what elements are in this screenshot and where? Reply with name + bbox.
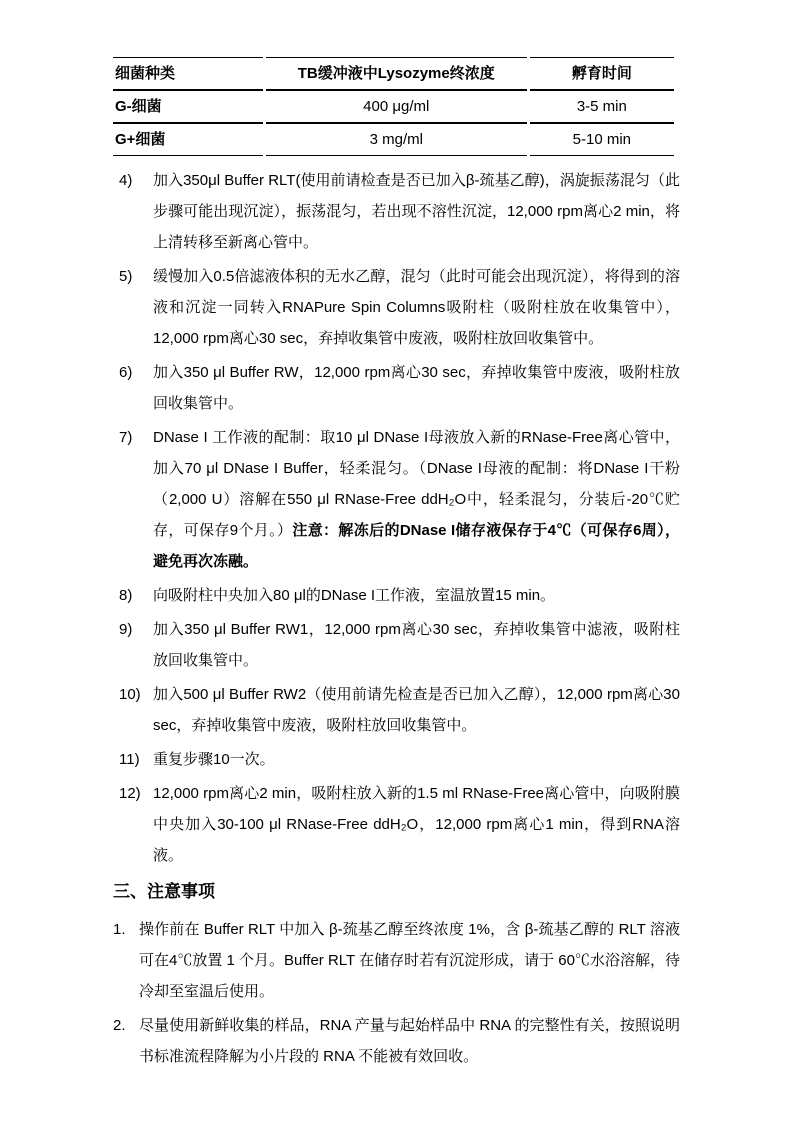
step-number: 8): [119, 580, 153, 611]
table-row: G-细菌 400 μg/ml 3-5 min: [113, 90, 674, 123]
notes-list: 1. 操作前在 Buffer RLT 中加入 β-巯基乙醇至终浓度 1%，含 β…: [113, 914, 680, 1072]
step-text-run: 12,000 rpm离心2 min，吸附柱放入新的1.5 ml RNase-Fr…: [153, 785, 680, 864]
step-text-run: 加入500 μl Buffer RW2（使用前请先检查是否已加入乙醇），12,0…: [153, 686, 680, 734]
table-header-cell-incubation-time: 孵育时间: [530, 57, 674, 90]
note-text-run: 尽量使用新鲜收集的样品，RNA 产量与起始样品中 RNA 的完整性有关，按照说明…: [139, 1017, 680, 1065]
step-text: DNase I 工作液的配制：取10 μl DNase I母液放入新的RNase…: [153, 422, 680, 577]
section-heading-precautions: 三、注意事项: [113, 879, 680, 905]
step-text-run: 加入350μl Buffer RLT(使用前请检查是否已加入β-巯基乙醇)，涡旋…: [153, 172, 680, 251]
step-number: 11): [119, 744, 153, 775]
step-number: 10): [119, 679, 153, 741]
step-text: 加入350μl Buffer RLT(使用前请检查是否已加入β-巯基乙醇)，涡旋…: [153, 165, 680, 258]
note-item-1: 1. 操作前在 Buffer RLT 中加入 β-巯基乙醇至终浓度 1%，含 β…: [113, 914, 680, 1007]
step-text: 加入500 μl Buffer RW2（使用前请先检查是否已加入乙醇），12,0…: [153, 679, 680, 741]
step-number: 12): [119, 778, 153, 871]
lysozyme-table: 细菌种类 TB缓冲液中Lysozyme终浓度 孵育时间 G-细菌 400 μg/…: [110, 57, 677, 156]
protocol-steps-list: 4) 加入350μl Buffer RLT(使用前请检查是否已加入β-巯基乙醇)…: [119, 165, 680, 871]
note-item-2: 2. 尽量使用新鲜收集的样品，RNA 产量与起始样品中 RNA 的完整性有关，按…: [113, 1010, 680, 1072]
step-text-run: 重复步骤10一次。: [153, 751, 275, 768]
step-item-8: 8) 向吸附柱中央加入80 μl的DNase I工作液，室温放置15 min。: [119, 580, 680, 611]
step-text: 重复步骤10一次。: [153, 744, 680, 775]
step-text: 向吸附柱中央加入80 μl的DNase I工作液，室温放置15 min。: [153, 580, 680, 611]
note-text: 操作前在 Buffer RLT 中加入 β-巯基乙醇至终浓度 1%，含 β-巯基…: [139, 914, 680, 1007]
step-number: 9): [119, 614, 153, 676]
table-cell: G-细菌: [113, 90, 263, 123]
note-number: 1.: [113, 914, 139, 1007]
document-page: 细菌种类 TB缓冲液中Lysozyme终浓度 孵育时间 G-细菌 400 μg/…: [0, 0, 794, 1123]
table-row: G+细菌 3 mg/ml 5-10 min: [113, 123, 674, 156]
step-text-run: 向吸附柱中央加入80 μl的DNase I工作液，室温放置15 min。: [153, 587, 555, 604]
table-cell: 3-5 min: [530, 90, 674, 123]
step-item-10: 10) 加入500 μl Buffer RW2（使用前请先检查是否已加入乙醇），…: [119, 679, 680, 741]
step-item-4: 4) 加入350μl Buffer RLT(使用前请检查是否已加入β-巯基乙醇)…: [119, 165, 680, 258]
step-text-run: 加入350 μl Buffer RW，12,000 rpm离心30 sec，弃掉…: [153, 364, 680, 412]
note-number: 2.: [113, 1010, 139, 1072]
step-item-11: 11) 重复步骤10一次。: [119, 744, 680, 775]
step-number: 6): [119, 357, 153, 419]
table-header-cell-lysozyme-concentration: TB缓冲液中Lysozyme终浓度: [266, 57, 527, 90]
step-number: 4): [119, 165, 153, 258]
step-text: 加入350 μl Buffer RW，12,000 rpm离心30 sec，弃掉…: [153, 357, 680, 419]
table-cell: 5-10 min: [530, 123, 674, 156]
table-header-row: 细菌种类 TB缓冲液中Lysozyme终浓度 孵育时间: [113, 57, 674, 90]
note-text-run: 操作前在 Buffer RLT 中加入 β-巯基乙醇至终浓度 1%，含 β-巯基…: [139, 921, 680, 1000]
step-item-9: 9) 加入350 μl Buffer RW1，12,000 rpm离心30 se…: [119, 614, 680, 676]
step-item-12: 12) 12,000 rpm离心2 min，吸附柱放入新的1.5 ml RNas…: [119, 778, 680, 871]
step-text: 12,000 rpm离心2 min，吸附柱放入新的1.5 ml RNase-Fr…: [153, 778, 680, 871]
step-text-run: 缓慢加入0.5倍滤液体积的无水乙醇，混匀（此时可能会出现沉淀），将得到的溶液和沉…: [153, 268, 680, 347]
step-number: 5): [119, 261, 153, 354]
step-item-7: 7) DNase I 工作液的配制：取10 μl DNase I母液放入新的RN…: [119, 422, 680, 577]
step-text-run: 加入350 μl Buffer RW1，12,000 rpm离心30 sec，弃…: [153, 621, 680, 669]
table-cell: 400 μg/ml: [266, 90, 527, 123]
table-header-cell-bacteria-type: 细菌种类: [113, 57, 263, 90]
table-cell: G+细菌: [113, 123, 263, 156]
step-number: 7): [119, 422, 153, 577]
step-text: 缓慢加入0.5倍滤液体积的无水乙醇，混匀（此时可能会出现沉淀），将得到的溶液和沉…: [153, 261, 680, 354]
table-cell: 3 mg/ml: [266, 123, 527, 156]
step-item-5: 5) 缓慢加入0.5倍滤液体积的无水乙醇，混匀（此时可能会出现沉淀），将得到的溶…: [119, 261, 680, 354]
note-text: 尽量使用新鲜收集的样品，RNA 产量与起始样品中 RNA 的完整性有关，按照说明…: [139, 1010, 680, 1072]
step-item-6: 6) 加入350 μl Buffer RW，12,000 rpm离心30 sec…: [119, 357, 680, 419]
step-text: 加入350 μl Buffer RW1，12,000 rpm离心30 sec，弃…: [153, 614, 680, 676]
